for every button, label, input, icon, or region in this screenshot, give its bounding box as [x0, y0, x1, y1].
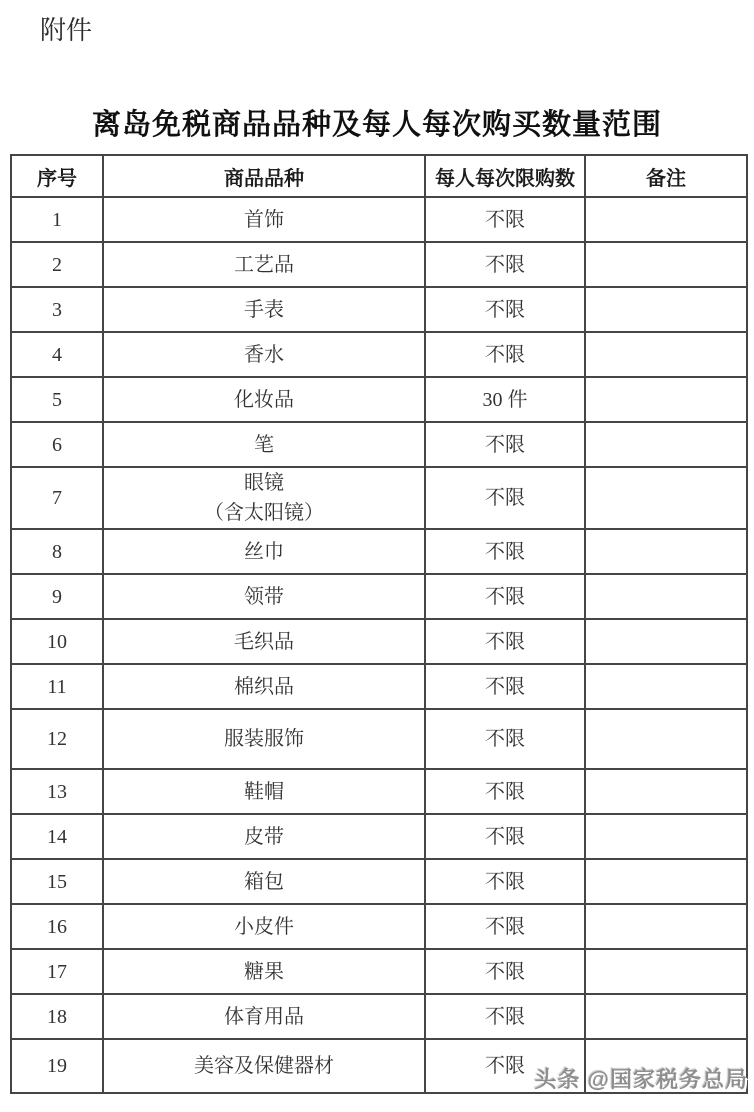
- row-remark-cell: [585, 994, 747, 1039]
- table-row: 1首饰不限: [11, 197, 747, 242]
- row-name-cell: 棉织品: [103, 664, 425, 709]
- row-seq-cell: 5: [11, 377, 103, 422]
- row-limit-cell: 不限: [425, 859, 585, 904]
- row-limit-cell: 不限: [425, 994, 585, 1039]
- row-seq-cell: 1: [11, 197, 103, 242]
- watermark: 头条 @国家税务总局: [534, 1063, 748, 1094]
- row-limit-cell: 不限: [425, 814, 585, 859]
- table-row: 12服装服饰不限: [11, 709, 747, 769]
- row-limit-cell: 不限: [425, 422, 585, 467]
- row-limit-cell: 不限: [425, 904, 585, 949]
- row-limit-cell: 不限: [425, 467, 585, 529]
- header-remark: 备注: [585, 155, 747, 197]
- table-row: 6笔不限: [11, 422, 747, 467]
- row-limit-cell: 不限: [425, 332, 585, 377]
- row-remark-cell: [585, 377, 747, 422]
- row-name-cell: 笔: [103, 422, 425, 467]
- row-remark-cell: [585, 769, 747, 814]
- row-seq-cell: 11: [11, 664, 103, 709]
- row-name-cell: 香水: [103, 332, 425, 377]
- row-seq-cell: 6: [11, 422, 103, 467]
- row-remark-cell: [585, 467, 747, 529]
- row-name-cell: 眼镜 （含太阳镜）: [103, 467, 425, 529]
- row-remark-cell: [585, 287, 747, 332]
- row-name-cell: 手表: [103, 287, 425, 332]
- row-remark-cell: [585, 422, 747, 467]
- row-name-cell: 化妆品: [103, 377, 425, 422]
- row-remark-cell: [585, 709, 747, 769]
- table-row: 14皮带不限: [11, 814, 747, 859]
- header-name: 商品品种: [103, 155, 425, 197]
- row-seq-cell: 15: [11, 859, 103, 904]
- row-seq-cell: 17: [11, 949, 103, 994]
- header-limit: 每人每次限购数: [425, 155, 585, 197]
- row-name-cell: 丝巾: [103, 529, 425, 574]
- row-limit-cell: 不限: [425, 769, 585, 814]
- row-seq-cell: 7: [11, 467, 103, 529]
- row-remark-cell: [585, 904, 747, 949]
- table-row: 11棉织品不限: [11, 664, 747, 709]
- row-limit-cell: 不限: [425, 949, 585, 994]
- row-remark-cell: [585, 664, 747, 709]
- row-remark-cell: [585, 949, 747, 994]
- row-remark-cell: [585, 529, 747, 574]
- row-limit-cell: 不限: [425, 529, 585, 574]
- row-limit-cell: 30 件: [425, 377, 585, 422]
- row-seq-cell: 18: [11, 994, 103, 1039]
- row-seq-cell: 9: [11, 574, 103, 619]
- table-row: 9领带不限: [11, 574, 747, 619]
- row-remark-cell: [585, 619, 747, 664]
- row-seq-cell: 13: [11, 769, 103, 814]
- row-limit-cell: 不限: [425, 287, 585, 332]
- row-limit-cell: 不限: [425, 619, 585, 664]
- table-row: 16小皮件不限: [11, 904, 747, 949]
- row-name-cell: 首饰: [103, 197, 425, 242]
- table-row: 15箱包不限: [11, 859, 747, 904]
- row-remark-cell: [585, 242, 747, 287]
- row-remark-cell: [585, 859, 747, 904]
- table-row: 18体育用品不限: [11, 994, 747, 1039]
- row-name-cell: 糖果: [103, 949, 425, 994]
- row-name-cell: 领带: [103, 574, 425, 619]
- table-row: 8丝巾不限: [11, 529, 747, 574]
- row-seq-cell: 2: [11, 242, 103, 287]
- row-remark-cell: [585, 332, 747, 377]
- table-row: 7眼镜 （含太阳镜）不限: [11, 467, 747, 529]
- row-limit-cell: 不限: [425, 197, 585, 242]
- table-row: 4香水不限: [11, 332, 747, 377]
- row-limit-cell: 不限: [425, 242, 585, 287]
- row-name-cell: 美容及保健器材: [103, 1039, 425, 1093]
- table-row: 13鞋帽不限: [11, 769, 747, 814]
- row-seq-cell: 14: [11, 814, 103, 859]
- header-seq: 序号: [11, 155, 103, 197]
- row-seq-cell: 12: [11, 709, 103, 769]
- row-seq-cell: 19: [11, 1039, 103, 1093]
- row-name-cell: 服装服饰: [103, 709, 425, 769]
- row-remark-cell: [585, 197, 747, 242]
- row-remark-cell: [585, 574, 747, 619]
- row-seq-cell: 3: [11, 287, 103, 332]
- row-name-cell: 毛织品: [103, 619, 425, 664]
- row-seq-cell: 4: [11, 332, 103, 377]
- row-limit-cell: 不限: [425, 574, 585, 619]
- row-name-cell: 体育用品: [103, 994, 425, 1039]
- table-header-row: 序号 商品品种 每人每次限购数 备注: [11, 155, 747, 197]
- row-seq-cell: 16: [11, 904, 103, 949]
- table-row: 17糖果不限: [11, 949, 747, 994]
- row-name-cell: 小皮件: [103, 904, 425, 949]
- table-row: 5化妆品30 件: [11, 377, 747, 422]
- table-row: 3手表不限: [11, 287, 747, 332]
- row-remark-cell: [585, 814, 747, 859]
- table-row: 10毛织品不限: [11, 619, 747, 664]
- row-seq-cell: 8: [11, 529, 103, 574]
- row-name-cell: 工艺品: [103, 242, 425, 287]
- row-name-cell: 皮带: [103, 814, 425, 859]
- row-limit-cell: 不限: [425, 664, 585, 709]
- table-row: 2工艺品不限: [11, 242, 747, 287]
- page-title: 离岛免税商品品种及每人每次购买数量范围: [0, 102, 754, 143]
- row-name-cell: 鞋帽: [103, 769, 425, 814]
- duty-free-goods-table: 序号 商品品种 每人每次限购数 备注 1首饰不限2工艺品不限3手表不限4香水不限…: [10, 154, 748, 1094]
- row-name-cell: 箱包: [103, 859, 425, 904]
- row-limit-cell: 不限: [425, 709, 585, 769]
- row-seq-cell: 10: [11, 619, 103, 664]
- attachment-label: 附件: [40, 10, 92, 47]
